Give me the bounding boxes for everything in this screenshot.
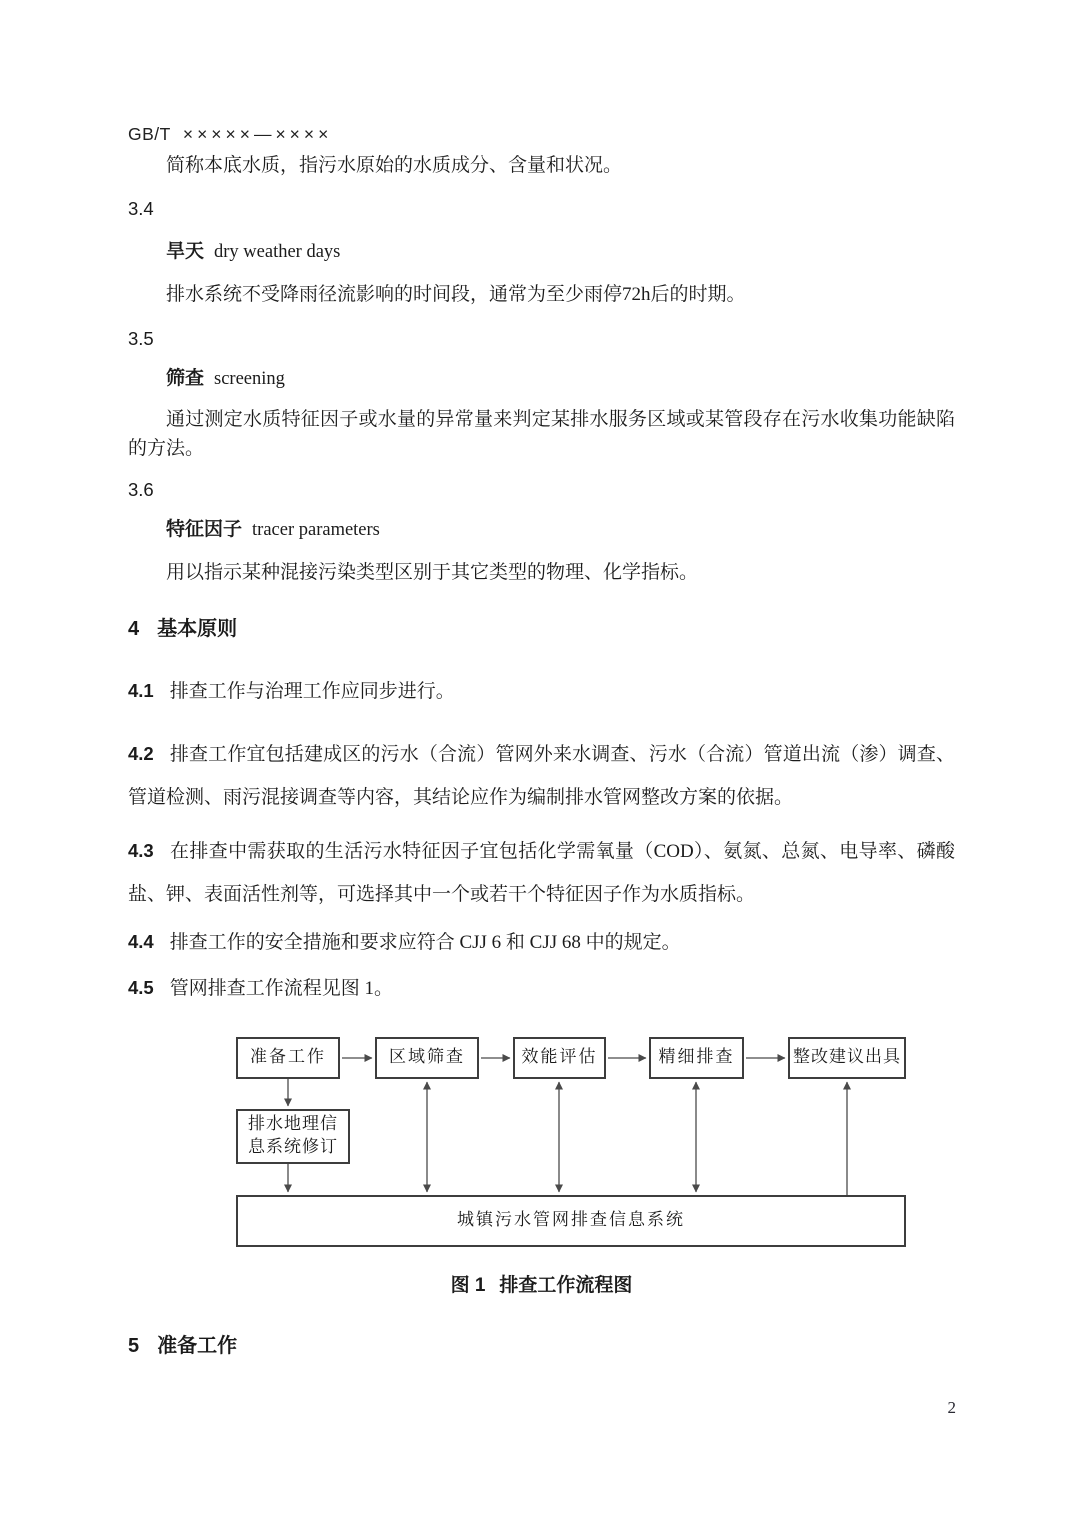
term-zh: 旱天 [166, 241, 204, 262]
page-content: GB/T×××××—×××× 简称本底水质，指污水原始的水质成分、含量和状况。 … [0, 0, 1080, 1361]
section-number: 5 [128, 1335, 139, 1357]
flowchart-figure-1: 准备工作 区域筛查 效能评估 精细排查 整改建议出具 排水地理信息系统修订 城镇… [236, 1037, 906, 1247]
clause-4-4: 4.4排查工作的安全措施和要求应符合 CJJ 6 和 CJJ 68 中的规定。 [128, 921, 955, 965]
flow-node-detailed-investigation: 精细排查 [649, 1037, 744, 1079]
clause-text: 管网排查工作流程见图 1。 [170, 978, 393, 999]
term-definition-3-4: 排水系统不受降雨径流影响的时间段，通常为至少雨停72h后的时期。 [128, 281, 955, 310]
intro-paragraph: 简称本底水质，指污水原始的水质成分、含量和状况。 [128, 151, 955, 181]
term-zh: 筛查 [166, 368, 204, 389]
clause-text: 在排查中需获取的生活污水特征因子宜包括化学需氧量（COD）、氨氮、总氮、电导率、… [128, 841, 955, 905]
clause-4-3: 4.3在排查中需获取的生活污水特征因子宜包括化学需氧量（COD）、氨氮、总氮、电… [128, 830, 955, 917]
document-page: GB/T×××××—×××× 简称本底水质，指污水原始的水质成分、含量和状况。 … [0, 0, 1080, 1527]
clause-number: 4.1 [128, 680, 154, 701]
clause-number: 4.2 [128, 743, 154, 764]
section-number: 4 [128, 618, 139, 640]
clause-4-2: 4.2排查工作宜包括建成区的污水（合流）管网外来水调查、污水（合流）管道出流（渗… [128, 733, 955, 820]
flow-node-efficiency-evaluation: 效能评估 [513, 1037, 606, 1079]
clause-number: 4.4 [128, 931, 154, 952]
term-definition-3-6: 用以指示某种混接污染类型区别于其它类型的物理、化学指标。 [128, 559, 955, 588]
flow-node-rectification-advice: 整改建议出具 [788, 1037, 906, 1079]
term-number-3-4: 3.4 [128, 194, 955, 224]
section-title: 基本原则 [157, 618, 237, 640]
clause-4-1: 4.1排查工作与治理工作应同步进行。 [128, 670, 955, 714]
clause-number: 4.5 [128, 977, 154, 998]
clause-4-5: 4.5管网排查工作流程见图 1。 [128, 967, 955, 1011]
section-title: 准备工作 [157, 1335, 237, 1357]
term-zh: 特征因子 [166, 519, 242, 540]
flow-node-info-system: 城镇污水管网排查信息系统 [236, 1195, 906, 1247]
doc-code-number: ×××××—×××× [183, 124, 332, 144]
doc-code: GB/T×××××—×××× [128, 124, 955, 145]
term-number-3-5: 3.5 [128, 324, 955, 354]
term-line-3-6: 特征因子tracer parameters [128, 515, 955, 546]
flow-node-region-screening: 区域筛查 [375, 1037, 479, 1079]
term-number-3-6: 3.6 [128, 475, 955, 505]
section-5-heading: 5准备工作 [128, 1331, 955, 1361]
term-en: dry weather days [214, 242, 340, 262]
term-line-3-4: 旱天dry weather days [128, 237, 955, 268]
flow-node-prepare: 准备工作 [236, 1037, 340, 1079]
clause-number: 4.3 [128, 840, 154, 861]
section-4-heading: 4基本原则 [128, 614, 955, 644]
term-line-3-5: 筛查screening [128, 364, 955, 395]
term-definition-3-5: 通过测定水质特征因子或水量的异常量来判定某排水服务区域或某管段存在污水收集功能缺… [128, 406, 955, 463]
clause-text: 排查工作与治理工作应同步进行。 [170, 681, 455, 702]
figure-caption-title: 排查工作流程图 [499, 1275, 632, 1296]
clause-text: 排查工作的安全措施和要求应符合 CJJ 6 和 CJJ 68 中的规定。 [170, 932, 681, 953]
term-en: screening [214, 369, 285, 389]
page-number: 2 [948, 1398, 957, 1418]
clause-text: 排查工作宜包括建成区的污水（合流）管网外来水调查、污水（合流）管道出流（渗）调查… [128, 744, 955, 808]
term-en: tracer parameters [252, 520, 380, 540]
flow-node-gis-revision: 排水地理信息系统修订 [236, 1109, 350, 1164]
figure-caption-label: 图 1 [451, 1275, 486, 1296]
figure-1-caption: 图 1排查工作流程图 [128, 1271, 955, 1301]
doc-code-prefix: GB/T [128, 124, 171, 144]
